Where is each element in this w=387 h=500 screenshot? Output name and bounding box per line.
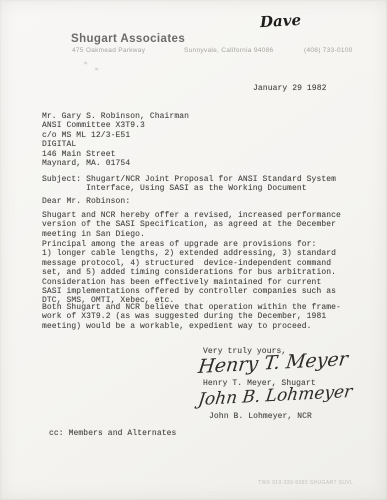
recipient-line: c/o MS ML 12/3-E51 <box>42 131 189 140</box>
company-name: Shugart Associates <box>71 33 185 45</box>
scan-speck <box>84 62 87 64</box>
letter-page: Dave Shugart Associates 475 Oakmead Park… <box>0 0 387 500</box>
cc-line: cc: Members and Alternates <box>49 429 176 438</box>
body-paragraph-3: Both Shugart and NCR believe that operat… <box>42 303 341 331</box>
body-paragraph-2: Principal among the areas of upgrade are… <box>42 240 336 306</box>
body-paragraph-1: Shugart and NCR hereby offer a revised, … <box>42 211 341 239</box>
handwritten-note: Dave <box>260 11 302 31</box>
company-phone: (408) 733-0100 <box>304 47 353 54</box>
letter-date: January 29 1982 <box>253 84 327 93</box>
signature-john-lohmeyer-typed: John B. Lohmeyer, NCR <box>209 412 312 421</box>
company-street: 475 Oakmead Parkway <box>72 47 145 54</box>
recipient-address: Mr. Gary S. Robinson, Chairman ANSI Comm… <box>42 112 189 168</box>
footer-twx-line: TWX 910-339-9355 SHUGART SUVL <box>258 480 353 486</box>
recipient-line: Mr. Gary S. Robinson, Chairman <box>42 112 189 121</box>
recipient-line: 146 Main Street <box>42 150 189 159</box>
subject-line: Subject: Shugart/NCR Joint Proposal for … <box>42 175 336 194</box>
company-city: Sunnyvale, California 94086 <box>184 47 273 54</box>
recipient-line: ANSI Committee X3T9.3 <box>42 121 189 130</box>
recipient-line: Maynard, MA. 01754 <box>42 159 189 168</box>
scan-speck <box>95 68 98 70</box>
salutation: Dear Mr. Robinson: <box>42 197 130 206</box>
recipient-line: DIGITAL <box>42 140 189 149</box>
